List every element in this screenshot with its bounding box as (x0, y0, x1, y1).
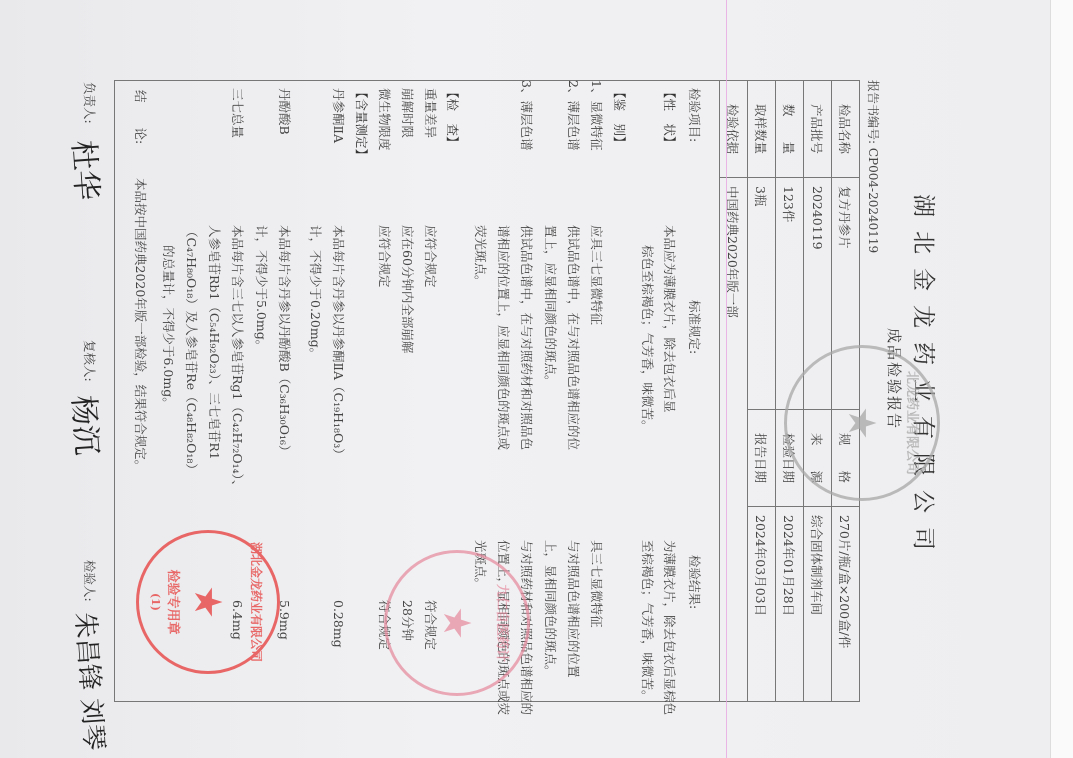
pink-seal-stamp: ★ 九仁自医药计 (384, 550, 530, 696)
id1-res: 具三七显微特征 (590, 540, 603, 628)
pn-std-2: 人参皂苷Rb1（C₅₄H₉₂O₂₃）、三七皂苷R1 (208, 225, 221, 460)
appearance-res-1: 为薄膜衣片，除去包衣后显棕色 (663, 540, 676, 715)
label-batch: 产品批号 (804, 81, 832, 178)
id1-label: 1、显微特征 (590, 80, 603, 150)
section-inspection: 【检 查】 (446, 86, 459, 149)
header-standard: 标准规定: (688, 300, 701, 354)
section-identification: 【鉴 别】 (613, 86, 626, 149)
tan-std-1: 本品每片含丹参以丹参酮ⅡA（C₁₉H₁₈O₃） (332, 225, 345, 461)
value-source: 综合固体制剂车间 (804, 507, 832, 702)
reviewer-label: 复核人: (83, 340, 96, 382)
id3-std-1: 供试品色谱中，在与对照药材和对照品色 (520, 225, 533, 450)
seal-star-icon: ★ (438, 606, 476, 640)
appearance-std-1: 本品应为薄膜衣片，除去包衣后显 (663, 225, 676, 413)
gray-seal-stamp: ★ 北龙药业有限公司 (784, 345, 940, 501)
micro-label: 微生物限度 (378, 88, 391, 151)
tan-label: 丹参酮ⅡA (332, 88, 345, 143)
responsible-signature: 杜华 (64, 139, 112, 202)
seal-star-icon: ★ (189, 585, 227, 619)
tan-res: 0.28mg (332, 600, 345, 648)
value-basis: 中国药典2020年版一部 (720, 178, 748, 702)
scan-artifact-line (726, 0, 727, 758)
id2-res-2: 上，显相同颜色的斑点。 (544, 540, 557, 678)
appearance-res-2: 至棕褐色；气芳香，味微苦。 (641, 540, 654, 703)
value-spec: 270片/瓶/盒×200盒/件 (832, 507, 860, 702)
id3-std-3: 荧光斑点。 (474, 225, 487, 288)
tan-std-2: 计，不得少于0.20mg。 (309, 225, 322, 360)
red-inspection-seal: ★ 湖北金龙药业有限公司 检验专用章 (1) (136, 530, 280, 674)
id2-std-1: 供试品色谱中，在与对照品色谱相应的位 (567, 225, 580, 450)
conclusion-text: 本品按中国药典2020年版一部检验，结果符合规定。 (134, 178, 147, 472)
sal-std-1: 本品每片含丹参以丹酚酸B（C₃₆H₃₀O₁₆） (278, 225, 291, 457)
seal-star-icon: ★ (843, 406, 881, 440)
label-basis: 检验依据 (720, 81, 748, 178)
pn-std-1: 本品每片含三七以人参皂苷Rg1（C₄₂H₇₂O₁₄）、 (231, 225, 244, 492)
responsible-label: 负责人: (83, 82, 96, 124)
inspection-report-page: 湖北金龙药业有限公司 成品检验报告 报告书编号: CP004-20240119 … (0, 0, 1050, 758)
id2-res-1: 与对照品色谱相应的位置 (567, 540, 580, 678)
pn-label: 三七总量 (231, 88, 244, 138)
label-quantity: 数 量 (776, 81, 804, 178)
weight-label: 重量差异 (424, 88, 437, 138)
id1-std: 应具三七显微特征 (590, 225, 603, 325)
id3-label: 3、薄层色谱 (520, 80, 533, 150)
pn-std-4: 的总量计，不得少于6.0mg。 (162, 245, 175, 410)
section-appearance: 【性 状】 (663, 86, 676, 149)
paper-edge (1050, 0, 1073, 758)
label-report-date: 报告日期 (748, 410, 776, 507)
label-product-name: 检品名称 (832, 81, 860, 178)
id2-std-2: 置上，应显相同颜色的斑点。 (544, 225, 557, 388)
disint-label: 崩解时限 (401, 88, 414, 138)
inspector-label: 检验人: (83, 560, 96, 602)
weight-std: 应符合规定 (424, 225, 437, 288)
sal-label: 丹酚酸B (278, 88, 291, 135)
id3-std-2: 谱相应的位置上，应显相同颜色的斑点或 (497, 225, 510, 450)
micro-std: 应符合规定 (378, 225, 391, 288)
header-items: 检验项目: (688, 88, 701, 142)
id2-label: 2、薄层色谱 (567, 80, 580, 150)
pn-std-3: （C₄₇H₈₀O₁₈）及人参皂苷Re（C₄₈H₈₂O₁₈） (185, 225, 198, 476)
value-report-date: 2024年03月03日 (748, 507, 776, 702)
header-result: 检验结果: (688, 555, 701, 609)
value-sample: 3瓶 (748, 178, 776, 410)
reviewer-signature: 杨沉 (64, 394, 112, 457)
disint-std: 应在60分钟内全部崩解 (401, 225, 414, 353)
appearance-std-2: 棕色至棕褐色；气芳香，味微苦。 (641, 245, 654, 433)
inspector-signature: 朱昌锋 刘琴 (68, 611, 115, 752)
section-assay: 【含量测定】 (355, 86, 368, 161)
value-test-date: 2024年01月28日 (776, 507, 804, 702)
report-number: 报告书编号: CP004-20240119 (865, 80, 882, 253)
label-sample: 取样数量 (748, 81, 776, 178)
conclusion-label: 结 论: (134, 90, 147, 144)
sal-std-2: 计，不得少于5.0mg。 (255, 225, 268, 352)
